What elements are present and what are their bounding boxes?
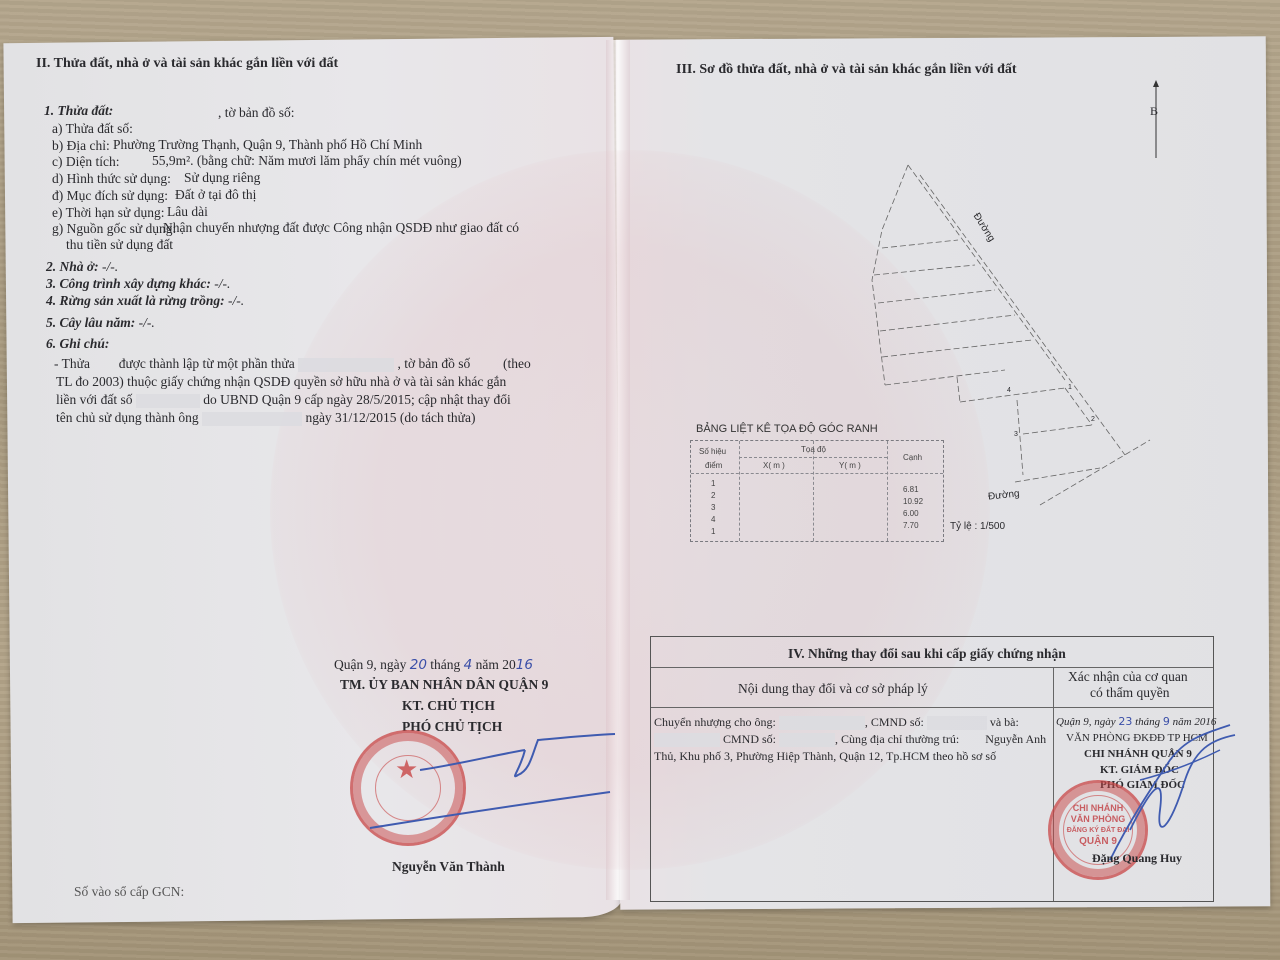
house-label: 2. Nhà ở: <box>46 259 99 274</box>
map-sheet-label: , tờ bản đồ số: <box>218 106 295 121</box>
notes-line3b: do UBND Quận 9 cấp ngày 28/5/2015; cập n… <box>203 392 510 407</box>
scale-label: Tỷ lệ : 1/500 <box>950 521 1005 532</box>
north-arrow <box>1148 80 1168 160</box>
content-line1: Chuyển nhượng cho ông: , CMND số: và bà: <box>654 716 1019 730</box>
point-label-1: 1 <box>1068 384 1072 392</box>
content-line1c: và bà: <box>990 715 1019 729</box>
notes-heading: 6. Ghi chú: <box>46 337 109 352</box>
signature-left <box>360 730 620 840</box>
other-construction-label: 3. Công trình xây dựng khác: <box>46 276 211 291</box>
coord-row-edge: 7.70 <box>903 521 919 530</box>
coord-row-point: 1 <box>711 527 715 536</box>
authority-line1: TM. ỦY BAN NHÂN DÂN QUẬN 9 <box>340 678 548 693</box>
content-line1a: Chuyển nhượng cho ông: <box>654 715 776 729</box>
issue-date-prefix: Quận 9, ngày <box>334 657 406 672</box>
content-line1b: , CMND số: <box>865 715 924 729</box>
issue-month-label: tháng <box>430 657 460 672</box>
notes-line1d: (theo <box>503 356 531 371</box>
notes-line1c: , tờ bản đồ số <box>398 356 471 371</box>
forest-label: 4. Rừng sản xuất là rừng trồng: <box>46 293 225 308</box>
coord-table-title: BẢNG LIỆT KÊ TỌA ĐỘ GÓC RANH <box>696 423 878 435</box>
section-ii-title: II. Thửa đất, nhà ở và tài sản khác gắn … <box>36 56 338 71</box>
other-construction-item: 3. Công trình xây dựng khác: -/-. <box>46 277 230 292</box>
col-confirm-header-line1: Xác nhận của cơ quan <box>1068 670 1188 685</box>
signature-right <box>1090 720 1240 870</box>
point-label-4: 4 <box>1007 387 1011 395</box>
coord-row-edge: 10.92 <box>903 497 923 506</box>
coord-row-point: 1 <box>711 479 715 488</box>
content-line2b: , Cùng địa chỉ thường trú: <box>835 732 959 746</box>
purpose-value: Đất ở tại đô thị <box>175 188 256 203</box>
content-line2a: CMND số: <box>723 732 776 746</box>
notes-line1b: được thành lập từ một phần thửa <box>119 356 295 371</box>
coord-row-point: 2 <box>711 491 715 500</box>
issue-date: Quận 9, ngày 20 tháng 4 năm 2016 <box>334 658 533 673</box>
col-point-header: Số hiệu <box>699 447 726 456</box>
notes-line1a: - Thửa <box>54 356 90 371</box>
term-value: Lâu dài <box>167 205 208 220</box>
origin-value-line1: Nhận chuyển nhượng đất được Công nhận QS… <box>163 221 519 236</box>
content-line2: CMND số: , Cùng địa chỉ thường trú: Nguy… <box>654 733 1046 747</box>
house-item: 2. Nhà ở: -/-. <box>46 260 118 275</box>
point-label-3: 3 <box>1014 431 1018 439</box>
point-label-2: 2 <box>1091 416 1095 424</box>
authority-line2: KT. CHỦ TỊCH <box>402 699 495 714</box>
address-label: b) Địa chỉ: <box>52 139 110 154</box>
section-iii-title: III. Sơ đồ thửa đất, nhà ở và tài sản kh… <box>676 62 1017 77</box>
origin-label: g) Nguồn gốc sử dụng: <box>52 222 176 237</box>
usage-form-value: Sử dụng riêng <box>184 171 260 186</box>
signer-name-left: Nguyễn Văn Thành <box>392 860 505 875</box>
perennial-item: 5. Cây lâu năm: -/-. <box>46 316 155 331</box>
forest-item: 4. Rừng sản xuất là rừng trồng: -/-. <box>46 294 244 309</box>
coord-row-edge: 6.81 <box>903 485 919 494</box>
col-x-header: X( m ) <box>763 461 785 470</box>
coord-row-point: 4 <box>711 515 715 524</box>
house-value: -/-. <box>102 259 118 274</box>
issue-year-hand: 16 <box>516 657 533 673</box>
forest-value: -/-. <box>228 293 244 308</box>
north-label: B <box>1150 105 1158 118</box>
notes-line3a: liền với đất số <box>56 392 133 407</box>
perennial-label: 5. Cây lâu năm: <box>46 315 135 330</box>
coord-table: Số hiệu điểm Tọa độ X( m ) Y( m ) Cạnh 1… <box>690 440 944 542</box>
signer-name-right: Đặng Quang Huy <box>1092 852 1182 865</box>
col-confirm-header-line2: có thẩm quyền <box>1090 686 1169 701</box>
area-label: c) Diện tích: <box>52 155 119 170</box>
col-y-header: Y( m ) <box>839 461 861 470</box>
issue-day: 20 <box>410 657 427 673</box>
col-edge-header: Cạnh <box>903 453 922 462</box>
changes-title: IV. Những thay đổi sau khi cấp giấy chứn… <box>788 647 1066 662</box>
col-point-header2: điểm <box>705 461 722 470</box>
term-label: e) Thời hạn sử dụng: <box>52 206 164 221</box>
parcel-no-label: a) Thửa đất số: <box>52 122 133 137</box>
issue-month: 4 <box>464 657 473 673</box>
perennial-value: -/-. <box>139 315 155 330</box>
parcel-heading: 1. Thửa đất: <box>44 104 113 119</box>
area-value: 55,9m². (bằng chữ: Năm mươi lăm phẩy chí… <box>152 154 462 169</box>
coord-row-edge: 6.00 <box>903 509 919 518</box>
issue-year-label: năm 20 <box>476 657 516 672</box>
notes-line4b: ngày 31/12/2015 (do tách thửa) <box>305 410 475 425</box>
purpose-label: đ) Mục đích sử dụng: <box>52 189 168 204</box>
notes-line2: TL đo 2003) thuộc giấy chứng nhận QSDĐ q… <box>56 375 506 390</box>
notes-line1: - Thửa được thành lập từ một phần thửa ,… <box>54 357 531 372</box>
registry-label: Số vào sổ cấp GCN: <box>74 885 184 900</box>
usage-form-label: d) Hình thức sử dụng: <box>52 172 171 187</box>
coord-row-point: 3 <box>711 503 715 512</box>
content-line3: Thủ, Khu phố 3, Phường Hiệp Thành, Quận … <box>654 750 996 763</box>
notes-line4: tên chủ sử dụng thành ông ngày 31/12/201… <box>56 411 475 426</box>
content-line2c: Nguyễn Anh <box>985 732 1046 746</box>
origin-value-line2: thu tiền sử dụng đất <box>66 238 173 253</box>
notes-line4a: tên chủ sử dụng thành ông <box>56 410 199 425</box>
address-value: Phường Trường Thạnh, Quận 9, Thành phố H… <box>113 138 422 153</box>
other-construction-value: -/-. <box>214 276 230 291</box>
notes-line3: liền với đất số do UBND Quận 9 cấp ngày … <box>56 393 511 408</box>
col-coord-header: Tọa độ <box>801 445 826 454</box>
col-content-header: Nội dung thay đổi và cơ sở pháp lý <box>738 682 928 697</box>
